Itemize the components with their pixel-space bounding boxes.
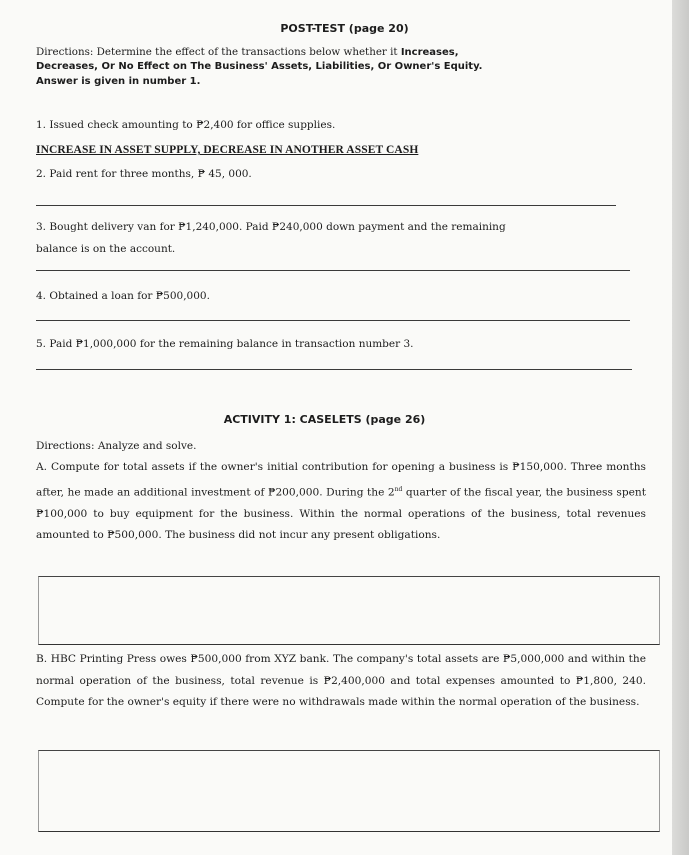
post-test-title: POST-TEST (page 20) bbox=[0, 22, 689, 35]
case-a-answer-box[interactable] bbox=[38, 576, 660, 645]
case-b-answer-box[interactable] bbox=[38, 750, 660, 832]
activity-title: ACTIVITY 1: CASELETS (page 26) bbox=[0, 413, 669, 426]
page-edge bbox=[672, 0, 689, 855]
case-b-text: B. HBC Printing Press owes ₱500,000 from… bbox=[36, 649, 646, 714]
directions-bold-2: Decreases, Or No Effect on The Business'… bbox=[36, 61, 482, 72]
directions-lead: Directions: Determine the effect of the … bbox=[36, 46, 401, 58]
activity-directions: Directions: Analyze and solve. bbox=[36, 440, 196, 452]
item-3-text-line1: 3. Bought delivery van for ₱1,240,000. P… bbox=[36, 221, 506, 233]
item-4-text: 4. Obtained a loan for ₱500,000. bbox=[36, 290, 210, 302]
item-1-text: 1. Issued check amounting to ₱2,400 for … bbox=[36, 119, 335, 131]
item-4-answer-line[interactable] bbox=[36, 320, 630, 321]
item-1-answer: INCREASE IN ASSET SUPPLY, DECREASE IN AN… bbox=[36, 144, 418, 156]
item-5-text: 5. Paid ₱1,000,000 for the remaining bal… bbox=[36, 338, 414, 350]
post-test-directions: Directions: Determine the effect of the … bbox=[36, 46, 459, 58]
item-2-answer-line[interactable] bbox=[36, 205, 616, 206]
directions-bold-3: Answer is given in number 1. bbox=[36, 76, 200, 87]
item-3-answer-line[interactable] bbox=[36, 270, 630, 271]
item-2-text: 2. Paid rent for three months, ₱ 45, 000… bbox=[36, 168, 252, 180]
case-a-text: A. Compute for total assets if the owner… bbox=[36, 457, 646, 547]
item-3-text-line2: balance is on the account. bbox=[36, 243, 175, 255]
item-5-answer-line[interactable] bbox=[36, 369, 632, 370]
directions-bold-1: Increases, bbox=[401, 47, 459, 58]
